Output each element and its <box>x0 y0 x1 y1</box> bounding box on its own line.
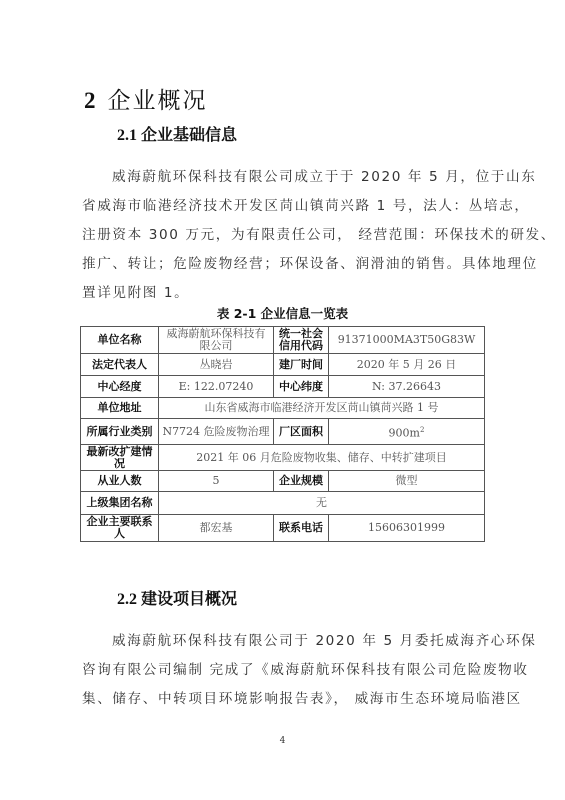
paragraph-line: 推广、转让；危险废物经营；环保设备、润滑油的销售。具体地理位 <box>82 252 538 272</box>
table-value: N7724 危险废物治理 <box>159 419 274 445</box>
chapter-heading: 2企业概况 <box>84 82 208 115</box>
table-label: 中心经度 <box>81 376 159 398</box>
table-row: 中心经度 E: 122.07240 中心纬度 N: 37.26643 <box>81 376 485 398</box>
table-value: 威海蔚航环保科技有限公司 <box>159 327 274 354</box>
paragraph-line: 咨询有限公司编制 完成了《威海蔚航环保科技有限公司危险废物收 <box>82 658 529 678</box>
table-row: 从业人数 5 企业规模 微型 <box>81 471 485 492</box>
paragraph-line: 注册资本 300 万元，为有限责任公司， 经营范围：环保技术的研发、 <box>82 223 556 243</box>
table-value: 都宏基 <box>159 515 274 542</box>
table-label: 统一社会信用代码 <box>274 327 329 354</box>
table-label: 所属行业类别 <box>81 419 159 445</box>
paragraph-line: 威海蔚航环保科技有限公司成立于于 2020 年 5 月，位于山东 <box>112 165 536 185</box>
area-unit-superscript: 2 <box>420 426 424 434</box>
section-number: 2.1 <box>117 127 137 144</box>
table-label: 从业人数 <box>81 471 159 492</box>
section-title: 建设项目概况 <box>141 589 237 608</box>
chapter-title: 企业概况 <box>108 88 208 114</box>
paragraph-line: 集、储存、中转项目环境影响报告表》， 威海市生态环境局临港区 <box>82 687 522 707</box>
table-row: 企业主要联系人 都宏基 联系电话 15606301999 <box>81 515 485 542</box>
page-number: 4 <box>0 736 565 746</box>
table-row: 单位名称 威海蔚航环保科技有限公司 统一社会信用代码 91371000MA3T5… <box>81 327 485 354</box>
table-value: 91371000MA3T50G83W <box>329 327 485 354</box>
table-label: 建厂时间 <box>274 354 329 376</box>
table-value: N: 37.26643 <box>329 376 485 398</box>
table-value: 2020 年 5 月 26 日 <box>329 354 485 376</box>
table-row: 所属行业类别 N7724 危险废物治理 厂区面积 900m2 <box>81 419 485 445</box>
table-value: 15606301999 <box>329 515 485 542</box>
section-2-2-heading: 2.2建设项目概况 <box>117 586 237 609</box>
section-number: 2.2 <box>117 591 137 608</box>
table-label: 厂区面积 <box>274 419 329 445</box>
paragraph-line: 省威海市临港经济技术开发区苘山镇苘兴路 1 号，法人：丛培志， <box>82 194 530 214</box>
table-row: 最新改扩建情况 2021 年 06 月危险废物收集、储存、中转扩建项目 <box>81 445 485 471</box>
table-label: 上级集团名称 <box>81 492 159 515</box>
table-label: 中心纬度 <box>274 376 329 398</box>
table-value: 微型 <box>329 471 485 492</box>
table-label: 法定代表人 <box>81 354 159 376</box>
table-value: 2021 年 06 月危险废物收集、储存、中转扩建项目 <box>159 445 485 471</box>
table-label: 企业主要联系人 <box>81 515 159 542</box>
table-value: 丛晓岩 <box>159 354 274 376</box>
table-value: 5 <box>159 471 274 492</box>
table-value: 900m2 <box>329 419 485 445</box>
section-title: 企业基础信息 <box>141 125 237 144</box>
area-value: 900m <box>389 426 420 439</box>
table-caption: 表 2-1 企业信息一览表 <box>0 304 565 322</box>
paragraph-line: 威海蔚航环保科技有限公司于 2020 年 5 月委托威海齐心环保 <box>112 629 536 649</box>
table-label: 单位地址 <box>81 398 159 419</box>
table-row: 法定代表人 丛晓岩 建厂时间 2020 年 5 月 26 日 <box>81 354 485 376</box>
table-label: 最新改扩建情况 <box>81 445 159 471</box>
table-value: 无 <box>159 492 485 515</box>
table-row: 单位地址 山东省威海市临港经济开发区苘山镇苘兴路 1 号 <box>81 398 485 419</box>
table-value: 山东省威海市临港经济开发区苘山镇苘兴路 1 号 <box>159 398 485 419</box>
paragraph-line: 置详见附图 1。 <box>82 281 189 301</box>
table-value: E: 122.07240 <box>159 376 274 398</box>
table-label: 企业规模 <box>274 471 329 492</box>
section-2-1-heading: 2.1企业基础信息 <box>117 122 237 145</box>
table-row: 上级集团名称 无 <box>81 492 485 515</box>
enterprise-info-table: 单位名称 威海蔚航环保科技有限公司 统一社会信用代码 91371000MA3T5… <box>80 326 485 542</box>
table-label: 单位名称 <box>81 327 159 354</box>
table-label: 联系电话 <box>274 515 329 542</box>
chapter-number: 2 <box>84 88 98 113</box>
